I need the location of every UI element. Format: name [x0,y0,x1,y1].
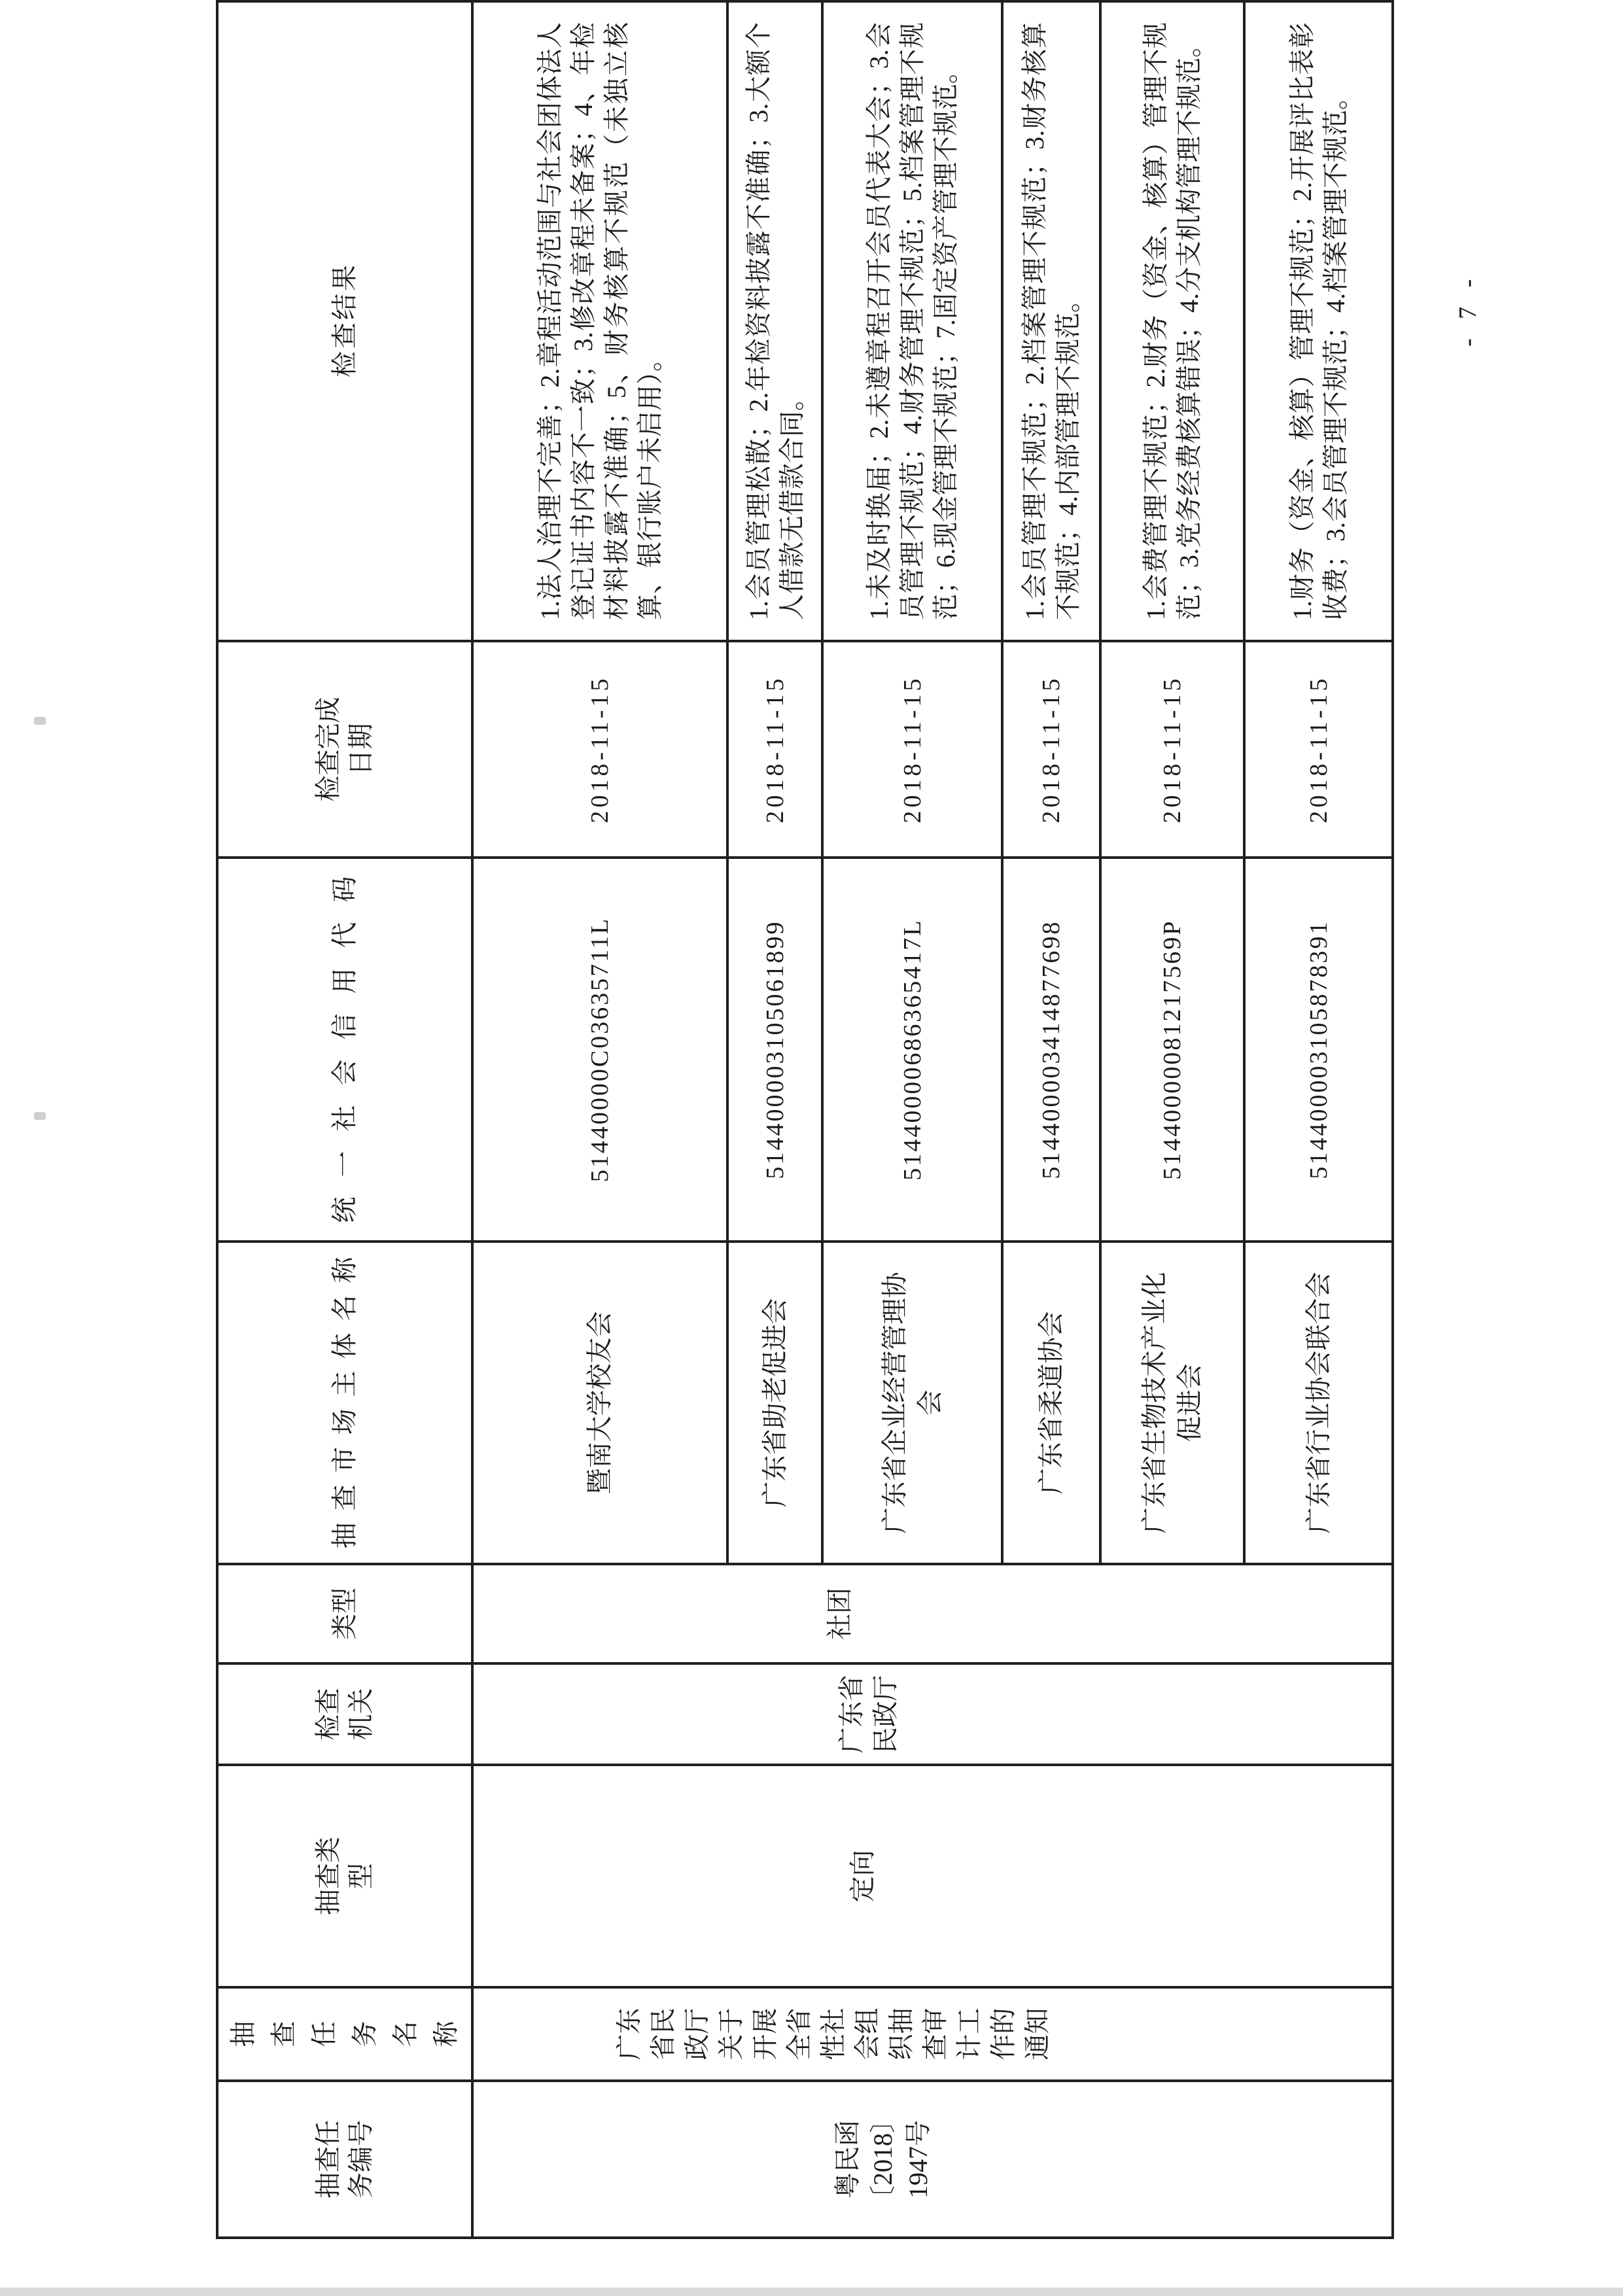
row-complete-date: 2018-11-15 [729,640,824,856]
scan-speck [34,1112,46,1120]
entity-name-text: 广东省助老促进会 [758,1266,793,1540]
scan-edge-artifact [0,2287,1623,2296]
header-credit-code: 统一社会信用代码 [218,856,474,1240]
header-sample-type-label: 抽查类型 [312,1834,377,1919]
header-entity-type: 类型 [218,1563,474,1662]
row-complete-date: 2018-11-15 [474,640,729,856]
cell-task-no-merged: 粤民函 〔2018〕 1947号 [474,2079,1391,2236]
row-complete-date: 2018-11-15 [824,640,1003,856]
entity-name-text: 广东省行业协会联合会 [1301,1266,1336,1540]
row-entity-name: 广东省柔道协会 [1003,1240,1102,1563]
header-task-name-label: 抽查任务名称 [223,2019,466,2049]
header-sample-type: 抽查类型 [218,1764,474,1986]
header-result: 检查结果 [218,3,474,640]
cell-task-name-merged: 广东省民政厅关于开展全省性社会组织抽查审计工作的通知 [474,1986,1391,2079]
header-task-no: 抽查任务编号 [218,2079,474,2236]
row-credit-code: 514400003414877698 [1003,856,1102,1240]
result-text: 1.财务（资金、核算）管理不规范；2.开展评比表彰收费；3.会员管理不规范；4.… [1285,3,1352,640]
inspection-results-table: 抽查任务编号 抽查任务名称 抽查类型 检查机关 类型 抽查市场主体名称 统一社会… [216,0,1394,2239]
header-complete-date: 检查完成日期 [218,640,474,856]
row-entity-name: 广东省企业经营管理协会 [824,1240,1003,1563]
header-entity-name-label: 抽查市场主体名称 [328,1245,361,1561]
row-result: 1.财务（资金、核算）管理不规范；2.开展评比表彰收费；3.会员管理不规范；4.… [1246,3,1391,640]
header-entity-type-label: 类型 [328,1582,361,1645]
cell-entity-type-merged: 社团 [474,1563,1391,1662]
result-text: 1.会员管理松散；2.年检资料披露不准确；3.大额个人借款无借款合同。 [742,3,809,640]
row-complete-date: 2018-11-15 [1102,640,1246,856]
row-entity-name: 广东省行业协会联合会 [1246,1240,1391,1563]
row-credit-code: 514400003105061899 [729,856,824,1240]
header-task-no-label: 抽查任务编号 [312,2117,377,2202]
row-credit-code: 51440000081217569P [1102,856,1246,1240]
row-entity-name: 暨南大学校友会 [474,1240,729,1563]
row-result: 1.法人治理不完善；2.章程活动范围与社会团体法人登记证书内容不一致；3.修改章… [474,3,729,640]
page-number: - 7 - [1454,273,1482,347]
result-text: 1.会员管理不规范；2.档案管理不规范；3.财务核算不规范；4.内部管理不规范。 [1018,3,1085,640]
entity-name-text: 广东省企业经营管理协会 [877,1266,948,1540]
row-credit-code: 51440000686365417L [824,856,1003,1240]
header-inspect-org-label: 检查机关 [312,1683,377,1746]
header-entity-name: 抽查市场主体名称 [218,1240,474,1563]
entity-name-text: 广东省柔道协会 [1034,1266,1069,1540]
result-text: 1.未及时换届；2.未遵章程召开会员代表大会；3.会员管理不规范；4.财务管理不… [862,3,962,640]
header-credit-code-label: 统一社会信用代码 [328,857,361,1241]
result-text: 1.法人治理不完善；2.章程活动范围与社会团体法人登记证书内容不一致；3.修改章… [533,3,667,640]
row-result: 1.会费管理不规范；2.财务（资金、核算）管理不规范；3.党务经费核算错误；4.… [1102,3,1246,640]
row-credit-code: 514400003105878391 [1246,856,1391,1240]
cell-inspect-org-merged: 广东省民政厅 [474,1662,1391,1764]
result-text: 1.会费管理不规范；2.财务（资金、核算）管理不规范；3.党务经费核算错误；4.… [1139,3,1206,640]
header-task-name: 抽查任务名称 [218,1986,474,2079]
inspect-org-text: 广东省民政厅 [835,1675,903,1754]
row-entity-name: 广东省生物技术产业化促进会 [1102,1240,1246,1563]
row-result: 1.会员管理松散；2.年检资料披露不准确；3.大额个人借款无借款合同。 [729,3,824,640]
entity-name-text: 广东省生物技术产业化促进会 [1137,1266,1208,1540]
scan-speck [34,717,46,725]
rotated-page: 抽查任务编号 抽查任务名称 抽查类型 检查机关 类型 抽查市场主体名称 统一社会… [0,0,1623,2296]
row-entity-name: 广东省助老促进会 [729,1240,824,1563]
entity-name-text: 暨南大学校友会 [582,1266,618,1540]
task-name-text: 广东省民政厅关于开展全省性社会组织抽查审计工作的通知 [612,2005,1055,2064]
row-complete-date: 2018-11-15 [1246,640,1391,856]
header-result-label: 检查结果 [328,262,361,380]
header-inspect-org: 检查机关 [218,1662,474,1764]
row-result: 1.会员管理不规范；2.档案管理不规范；3.财务核算不规范；4.内部管理不规范。 [1003,3,1102,640]
header-complete-date-label: 检查完成日期 [312,695,377,805]
row-result: 1.未及时换届；2.未遵章程召开会员代表大会；3.会员管理不规范；4.财务管理不… [824,3,1003,640]
cell-sample-type-merged: 定向 [474,1764,1391,1986]
scanned-document-page: { "page_number": "- 7 -", "table": { "co… [0,0,1623,2296]
row-credit-code: 51440000C03635711L [474,856,729,1240]
row-complete-date: 2018-11-15 [1003,640,1102,856]
